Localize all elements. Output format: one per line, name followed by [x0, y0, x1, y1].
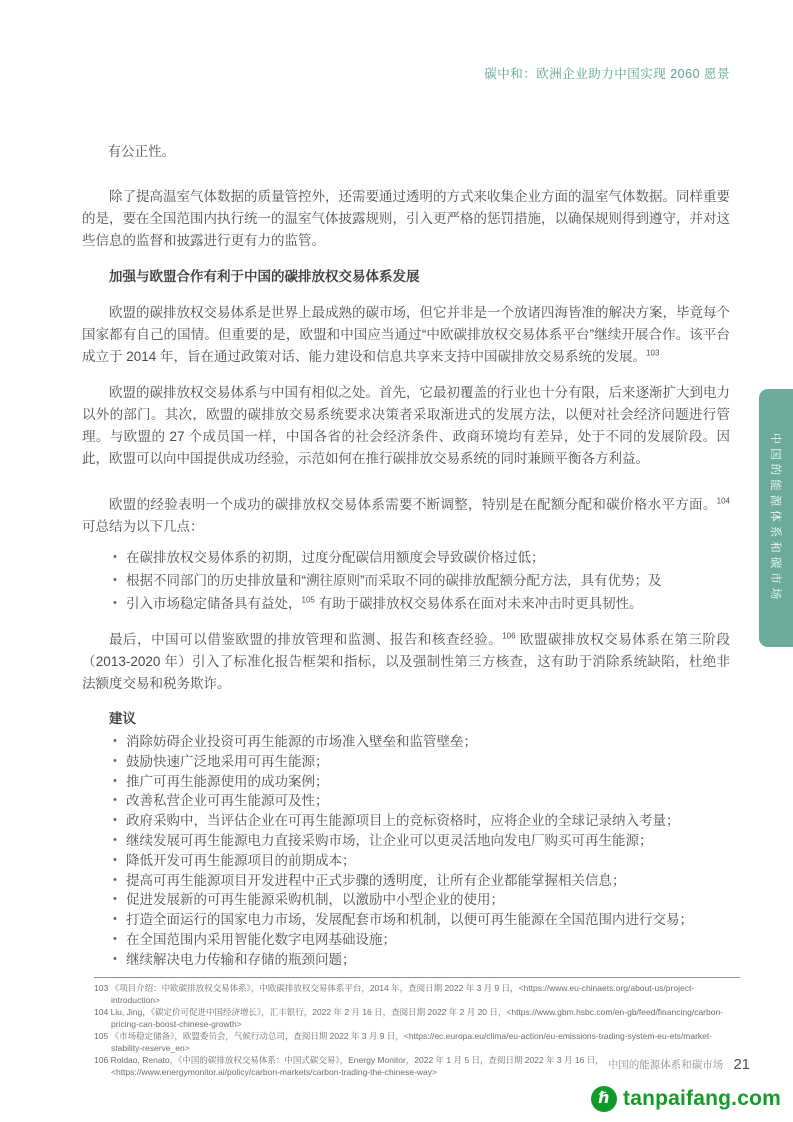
- paragraph-segment: 可总结为以下几点：: [82, 519, 204, 534]
- footnote: 103 《项目介绍：中欧碳排放权交易体系》，中欧碳排放权交易体系平台，2014 …: [94, 982, 742, 1006]
- bullet-list-ets-lessons: 在碳排放权交易体系的初期，过度分配碳信用额度会导致碳价格过低； 根据不同部门的历…: [82, 546, 730, 615]
- paragraph-segment: 欧盟的碳排放权交易体系是世界上最成熟的碳市场，但它并非是一个放诸四海皆准的解决方…: [82, 305, 730, 364]
- paragraph-continuation: 有公正性。: [82, 141, 730, 163]
- tanpaifang-logo: ℏ tanpaifang.com: [591, 1086, 781, 1112]
- tanpaifang-circle-icon: ℏ: [591, 1086, 617, 1112]
- list-item: 引入市场稳定储备具有益处，105 有助于碳排放权交易体系在面对未来冲击时更具韧性…: [82, 592, 730, 615]
- footnote-divider: [94, 977, 740, 978]
- paragraph-text: 欧盟的碳排放权交易体系是世界上最成熟的碳市场，但它并非是一个放诸四海皆准的解决方…: [82, 302, 730, 368]
- section-heading-text: 加强与欧盟合作有利于中国的碳排放权交易体系发展: [82, 266, 730, 288]
- paragraph-eu-china-similarity: 欧盟的碳排放权交易体系与中国有相似之处。首先，它最初覆盖的行业也十分有限，后来逐…: [82, 382, 730, 470]
- list-item: 打造全面运行的国家电力市场，发展配套市场和机制，以便可再生能源在全国范围内进行交…: [82, 910, 730, 930]
- paragraph-ghg-data: 除了提高温室气体数据的质量管控外，还需要通过透明的方式来收集企业方面的温室气体数…: [82, 186, 730, 252]
- list-item: 提高可再生能源项目开发进程中正式步骤的透明度，让所有企业都能掌握相关信息；: [82, 871, 730, 891]
- section-side-tab: 中国的能源体系和碳市场: [759, 389, 793, 647]
- footnote-text: Liu, Jing，《碳定价可促进中国经济增长》，汇丰银行，2022 年 2 月…: [111, 1007, 723, 1029]
- list-item: 继续解决电力传输和存储的瓶颈问题；: [82, 950, 730, 970]
- list-item: 降低开发可再生能源项目的前期成本；: [82, 851, 730, 871]
- paragraph-text: 欧盟的碳排放权交易体系与中国有相似之处。首先，它最初覆盖的行业也十分有限，后来逐…: [82, 382, 730, 470]
- logo-glyph: ℏ: [598, 1091, 609, 1107]
- list-item: 促进发展新的可再生能源采购机制，以激励中小型企业的使用；: [82, 890, 730, 910]
- running-header-title: 碳中和：欧洲企业助力中国实现 2060 愿景: [82, 64, 730, 82]
- bullet-list: 消除妨碍企业投资可再生能源的市场准入壁垒和监管壁垒； 鼓励快速广泛地采用可再生能…: [82, 732, 730, 970]
- list-item: 根据不同部门的历史排放量和“溯往原则”而采取不同的碳排放配额分配方法，具有优势；…: [82, 569, 730, 592]
- footnote-ref-105: 105: [302, 596, 315, 605]
- bullet-list: 在碳排放权交易体系的初期，过度分配碳信用额度会导致碳价格过低； 根据不同部门的历…: [82, 546, 730, 615]
- bullet-list-recommendations: 消除妨碍企业投资可再生能源的市场准入壁垒和监管壁垒； 鼓励快速广泛地采用可再生能…: [82, 732, 730, 970]
- paragraph-text: 最后，中国可以借鉴欧盟的排放管理和监测、报告和核查经验。106 欧盟碳排放权交易…: [82, 629, 730, 695]
- list-item-segment: 引入市场稳定储备具有益处，: [126, 596, 302, 611]
- list-item: 政府采购中，当评估企业在可再生能源项目上的竞标资格时，应将企业的全球记录纳入考量…: [82, 811, 730, 831]
- section-heading-recommendations: 建议: [82, 708, 730, 730]
- paragraph-segment: 最后，中国可以借鉴欧盟的排放管理和监测、报告和核查经验。: [109, 632, 502, 647]
- list-item: 推广可再生能源使用的成功案例；: [82, 772, 730, 792]
- paragraph-eu-ets-mature: 欧盟的碳排放权交易体系是世界上最成熟的碳市场，但它并非是一个放诸四海皆准的解决方…: [82, 302, 730, 368]
- list-item: 在全国范围内采用智能化数字电网基础设施；: [82, 930, 730, 950]
- list-item: 改善私营企业可再生能源可及性；: [82, 791, 730, 811]
- paragraph-text: 除了提高温室气体数据的质量管控外，还需要通过透明的方式来收集企业方面的温室气体数…: [82, 186, 730, 252]
- paragraph-eu-experience: 欧盟的经验表明一个成功的碳排放权交易体系需要不断调整，特别是在配额分配和碳价格水…: [82, 494, 730, 538]
- page-footer: 中国的能源体系和碳市场 21: [608, 1056, 750, 1073]
- page-number: 21: [733, 1056, 750, 1073]
- paragraph-text: 欧盟的经验表明一个成功的碳排放权交易体系需要不断调整，特别是在配额分配和碳价格水…: [82, 494, 730, 538]
- footnote-number: 105: [94, 1031, 108, 1041]
- footnote-text: 《项目介绍：中欧碳排放权交易体系》，中欧碳排放权交易体系平台，2014 年，查阅…: [111, 983, 695, 1005]
- tanpaifang-logo-text: tanpaifang.com: [623, 1087, 781, 1111]
- footnote-number: 103: [94, 983, 108, 993]
- section-heading-text: 建议: [82, 708, 730, 730]
- section-heading-eu-cooperation: 加强与欧盟合作有利于中国的碳排放权交易体系发展: [82, 266, 730, 288]
- footnote-number: 104: [94, 1007, 108, 1017]
- list-item: 消除妨碍企业投资可再生能源的市场准入壁垒和监管壁垒；: [82, 732, 730, 752]
- footnote-number: 106: [94, 1055, 108, 1065]
- footnote-text: 《市场稳定储备》，欧盟委员会，气候行动总司，查阅日期 2022 年 3 月 9 …: [111, 1031, 713, 1053]
- footnote-text: Roldao, Renato，《中国的碳排放权交易体系：中国式碳交易》，Ener…: [111, 1055, 604, 1077]
- paragraph-segment: 欧盟的经验表明一个成功的碳排放权交易体系需要不断调整，特别是在配额分配和碳价格水…: [109, 497, 717, 512]
- list-item: 在碳排放权交易体系的初期，过度分配碳信用额度会导致碳价格过低；: [82, 546, 730, 569]
- footnote: 105 《市场稳定储备》，欧盟委员会，气候行动总司，查阅日期 2022 年 3 …: [94, 1030, 742, 1054]
- list-item-segment: 有助于碳排放权交易体系在面对未来冲击时更具韧性。: [315, 596, 643, 611]
- paragraph-mrv-experience: 最后，中国可以借鉴欧盟的排放管理和监测、报告和核查经验。106 欧盟碳排放权交易…: [82, 629, 730, 695]
- footer-section-label: 中国的能源体系和碳市场: [608, 1057, 724, 1072]
- list-item: 继续发展可再生能源电力直接采购市场，让企业可以更灵活地向发电厂购买可再生能源；: [82, 831, 730, 851]
- list-item: 鼓励快速广泛地采用可再生能源；: [82, 752, 730, 772]
- footnote-ref-104: 104: [717, 497, 730, 506]
- section-side-tab-label: 中国的能源体系和碳市场: [768, 433, 784, 604]
- paragraph-text: 有公正性。: [82, 141, 730, 163]
- footnote-ref-106: 106: [502, 632, 515, 641]
- footnote-ref-103: 103: [646, 349, 659, 358]
- footnote: 104 Liu, Jing，《碳定价可促进中国经济增长》，汇丰银行，2022 年…: [94, 1006, 742, 1030]
